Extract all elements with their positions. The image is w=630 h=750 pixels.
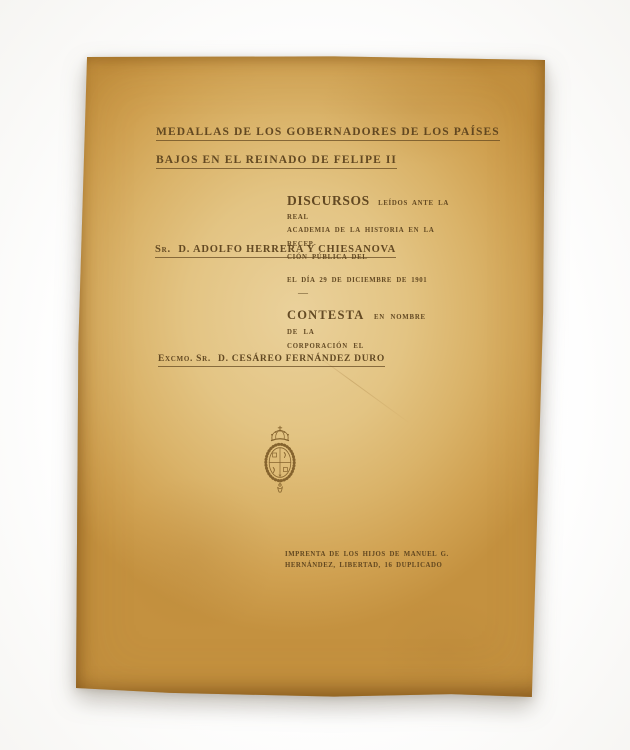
book-title: MEDALLAS DE LOS GOBERNADORES DE LOS PAÍS… <box>156 122 500 176</box>
title-line-1: MEDALLAS DE LOS GOBERNADORES DE LOS PAÍS… <box>156 126 500 141</box>
contesta-lead: CONTESTA <box>287 308 364 322</box>
ceremony-date: EL DÍA 29 DE DICIEMBRE DE 1901 <box>287 277 427 284</box>
author-full-name: D. ADOLFO HERRERA Y CHIESANOVA <box>178 244 396 255</box>
paper-stain <box>376 596 516 706</box>
responder-name: Excmo. Sr. D. CESÁREO FERNÁNDEZ DURO <box>158 354 385 367</box>
author-honorific: Sr. <box>155 244 171 255</box>
discursos-lead: DISCURSOS <box>287 193 370 208</box>
contesta-line-2: CORPORACIÓN EL <box>287 343 364 350</box>
imprint-line-2: HERNÁNDEZ, LIBERTAD, 16 DUPLICADO <box>285 562 442 569</box>
contesta-note: CONTESTA EN NOMBRE DE LA CORPORACIÓN EL <box>287 308 427 355</box>
royal-crest-icon <box>260 422 300 494</box>
responder-honorific: Excmo. Sr. <box>158 354 211 364</box>
imprint-line-1: IMPRENTA DE LOS HIJOS DE MANUEL G. <box>285 551 449 558</box>
book-cover: MEDALLAS DE LOS GOBERNADORES DE LOS PAÍS… <box>76 56 545 697</box>
responder-full-name: D. CESÁREO FERNÁNDEZ DURO <box>218 354 385 364</box>
photo-backdrop: MEDALLAS DE LOS GOBERNADORES DE LOS PAÍS… <box>0 0 630 750</box>
title-line-2: BAJOS EN EL REINADO DE FELIPE II <box>156 154 397 169</box>
author-name: Sr. D. ADOLFO HERRERA Y CHIESANOVA <box>155 244 396 258</box>
printer-imprint: IMPRENTA DE LOS HIJOS DE MANUEL G. HERNÁ… <box>285 549 449 571</box>
divider-dash: — <box>298 288 308 299</box>
paper-stain <box>116 476 276 636</box>
book-cover-wrapper: MEDALLAS DE LOS GOBERNADORES DE LOS PAÍS… <box>76 56 545 697</box>
